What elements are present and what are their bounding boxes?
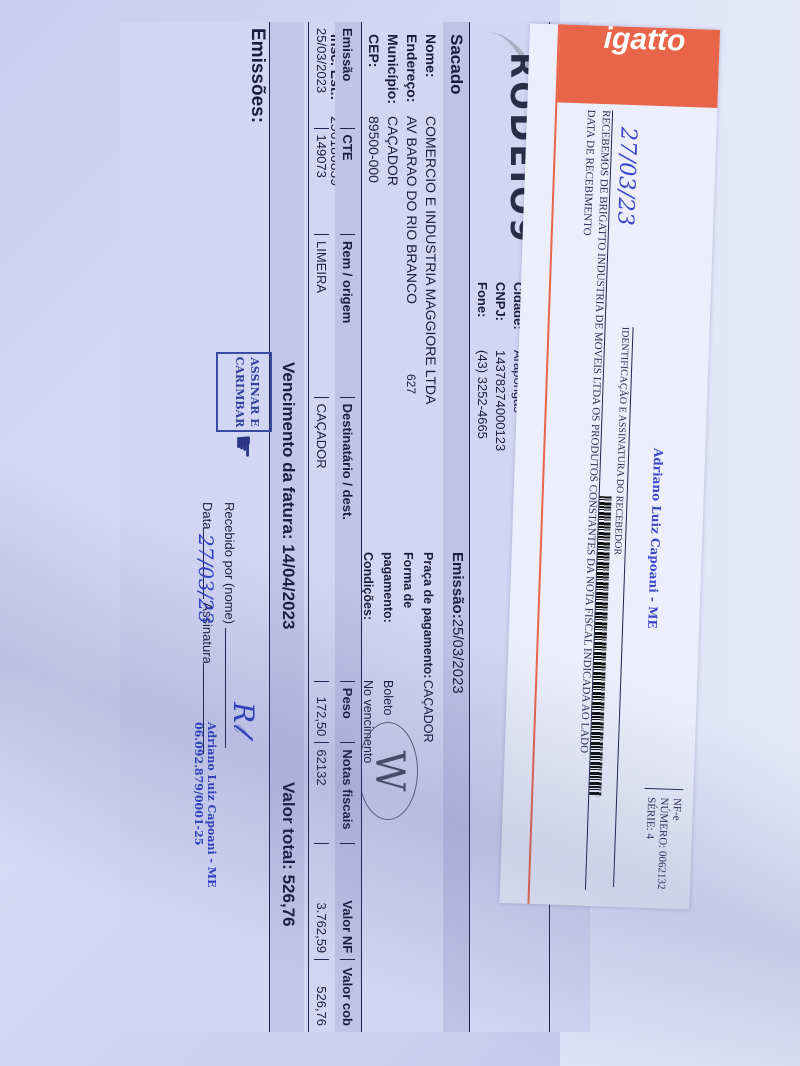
forma-value: Boleto <box>381 680 395 715</box>
cell-peso: 172,50 <box>315 681 330 743</box>
table-row: 25/03/2023 149073 LIMEIRA CAÇADOR 172,50… <box>309 22 335 1032</box>
nfe-series: 4 <box>644 833 656 839</box>
cell-valor-cob: 526,76 <box>315 959 330 1032</box>
header-destinatario: Destinatário / dest. <box>341 397 356 681</box>
sacado-name: COMERCIO E INDUSTRIA MAGGIORE LTDA <box>423 116 439 404</box>
signature-stamp: Adriano Luiz Capoani - ME 06.092.879/000… <box>192 722 218 887</box>
stamp-line-1: ASSINAR E <box>247 354 262 430</box>
brigatto-logo: igatto <box>557 24 720 108</box>
praca-label: Praça de pagamento: <box>418 552 438 680</box>
due-date: Vencimento da fatura: 14/04/2023 <box>278 362 298 629</box>
slip-red-line <box>527 24 560 904</box>
handwritten-signature: R𝓁 <box>226 702 260 732</box>
forma-label: Forma de pagamento: <box>378 552 418 680</box>
header-notas: Notas fiscais <box>341 742 356 843</box>
table-header: Emissão CTE Rem / origem Destinatário / … <box>335 22 361 1032</box>
emissoes-label: Emissões: <box>246 28 268 123</box>
date-label: Data <box>200 502 215 529</box>
header-origem: Rem / origem <box>341 234 356 397</box>
slip-stamp: Adriano Luiz Capoani - ME <box>645 448 665 629</box>
header-peso: Peso <box>341 681 356 743</box>
sacado-name-label: Nome: <box>421 34 440 116</box>
nfe-number-label: NÚMERO: <box>656 797 670 848</box>
due-date-label: Vencimento da fatura: <box>279 362 298 540</box>
receipt-slip: igatto RECEBEMOS DE BRIGATTO INDUSTRIA D… <box>499 23 720 909</box>
emitter-cnpj: 14378274000123 <box>493 350 508 451</box>
pointing-hand-icon: ☛ <box>227 434 260 459</box>
sacado-city-label: Município: <box>383 34 402 116</box>
cell-emissao: 25/03/2023 <box>315 22 330 128</box>
cell-cte: 149073 <box>315 128 330 235</box>
cell-valor-nf: 3.762,59 <box>315 843 330 959</box>
brand-text: igatto <box>603 22 686 59</box>
sacado-title: Sacado <box>446 34 466 94</box>
nfe-number: 0062132 <box>655 851 668 890</box>
emissao-label: Emissão: <box>449 552 466 619</box>
sacado-cep: 89500-000 <box>366 116 382 183</box>
emissao-value: 25/03/2023 <box>449 619 466 694</box>
section-band <box>443 22 470 1032</box>
cell-destinatario: CAÇADOR <box>315 397 330 681</box>
emitter-cnpj-label: CNPJ: <box>491 282 509 350</box>
header-emissao: Emissão <box>341 22 356 128</box>
totals-bar: Vencimento da fatura: 14/04/2023 Valor t… <box>269 22 304 1032</box>
cell-origem: LIMEIRA <box>315 234 330 397</box>
received-by-label: Recebido por (nome) <box>222 502 237 624</box>
emitter-phone-label: Fone: <box>473 282 491 350</box>
total-value: Valor total: 526,76 <box>278 782 298 927</box>
slip-date-label: DATA DE RECEBIMENTO <box>581 109 597 235</box>
handwritten-circle-mark: W <box>358 722 418 820</box>
sacado-address-label: Endereço: <box>402 34 421 116</box>
total-amount: 526,76 <box>279 875 298 927</box>
nfe-series-label: SÉRIE: <box>644 797 657 831</box>
handwritten-date: 27/03/23 <box>194 534 218 624</box>
header-valor-nf: Valor NF <box>341 843 356 959</box>
header-valor-cob: Valor cob <box>341 959 356 1032</box>
sacado-address: AV BARAO DO RIO BRANCO <box>404 116 420 304</box>
sacado-city: CAÇADOR <box>385 116 401 186</box>
signature-stamp-cnpj: 06.092.879/0001-25 <box>192 722 205 887</box>
emitter-phone: (43) 3252-4665 <box>475 350 490 439</box>
slip-handwritten-date: 27/03/23 <box>612 126 640 226</box>
shipments-table: Emissão CTE Rem / origem Destinatário / … <box>308 22 362 1032</box>
cell-notas: 62132 <box>315 742 330 843</box>
nfe-box: NF-e NÚMERO: 0062132 SÉRIE: 4 <box>641 788 684 890</box>
stamp-line-2: CARIMBAR <box>232 354 247 430</box>
sign-and-stamp-box: ASSINAR E CARIMBAR <box>216 352 272 432</box>
emissao-date: Emissão:25/03/2023 <box>449 552 466 694</box>
due-date-value: 14/04/2023 <box>279 544 298 629</box>
total-label: Valor total: <box>279 782 298 870</box>
praca-value: CAÇADOR <box>421 680 435 743</box>
sacado-cep-label: CEP: <box>364 34 383 116</box>
signature-stamp-name: Adriano Luiz Capoani - ME <box>205 722 218 887</box>
sacado-address-number: 627 <box>401 374 420 394</box>
header-cte: CTE <box>341 128 356 235</box>
